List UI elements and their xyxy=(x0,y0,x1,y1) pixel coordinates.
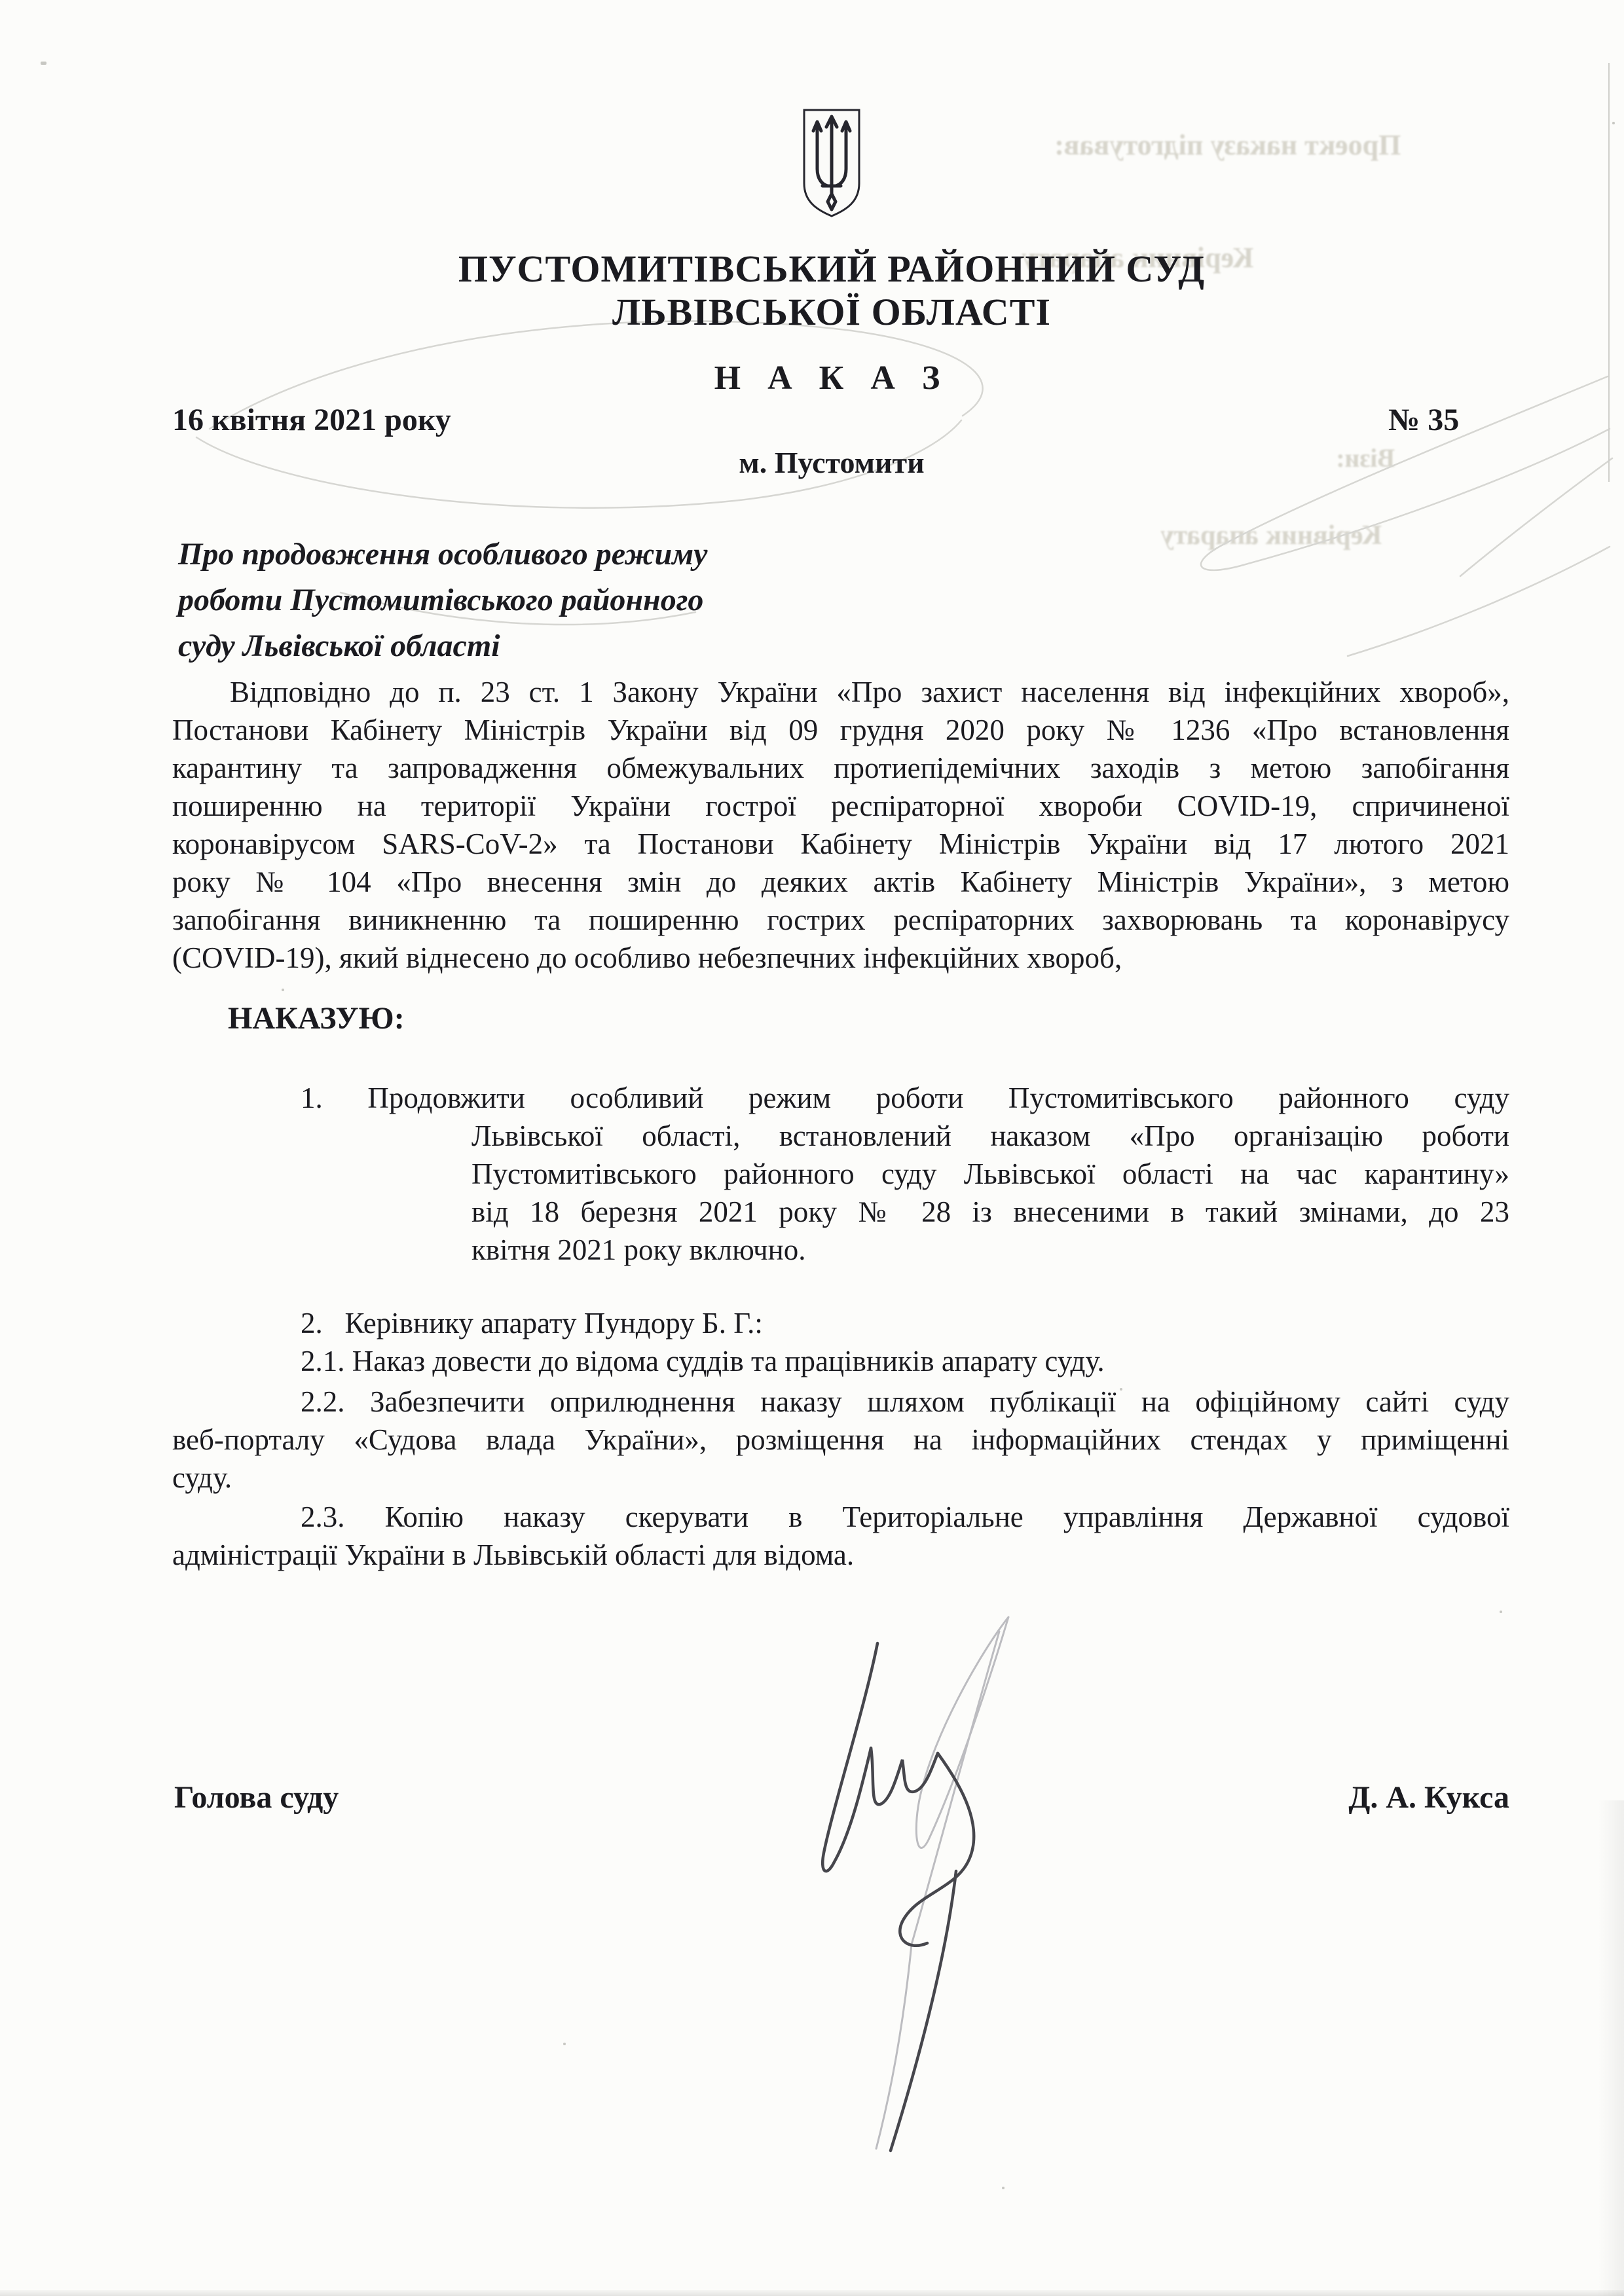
subject-line: Про продовження особливого режиму xyxy=(178,532,997,577)
court-name-line1: ПУСТОМИТІВСЬКИЙ РАЙОННИЙ СУД xyxy=(105,249,1559,289)
scan-speck xyxy=(41,62,46,65)
preamble-line: Постанови Кабінету Міністрів України від… xyxy=(172,711,1509,749)
preamble-paragraph: Відповідно до п. 23 ст. 1 Закону України… xyxy=(172,673,1509,977)
preamble-line: запобігання виникненню та поширенню гост… xyxy=(172,901,1509,939)
scan-corner-shadow xyxy=(1598,1800,1624,2296)
scan-speck xyxy=(1120,1388,1122,1391)
item-line: 2. Керівнику апарату Пундору Б. Г.: xyxy=(172,1304,1509,1342)
court-name-line2: ЛЬВІВСЬКОЇ ОБЛАСТІ xyxy=(105,292,1559,333)
scanned-order-document: Проект наказу підготував: Керівник апара… xyxy=(0,0,1624,2296)
order-item-2-2: 2.2. Забезпечити оприлюднення наказу шля… xyxy=(172,1383,1509,1497)
preamble-line: року № 104 «Про внесення змін до деяких … xyxy=(172,863,1509,901)
order-item-2: 2. Керівнику апарату Пундору Б. Г.: xyxy=(172,1304,1509,1342)
item-line: 2.3. Копію наказу скерувати в Територіал… xyxy=(172,1498,1509,1536)
item-line: Пустомитівського районного суду Львівськ… xyxy=(471,1155,1509,1193)
preamble-line: карантину та запровадження обмежувальних… xyxy=(172,749,1509,787)
ukraine-trident-emblem xyxy=(800,106,863,219)
subject-line: роботи Пустомитівського районного xyxy=(178,577,997,623)
scan-speck xyxy=(282,989,284,991)
item-line: 2.1. Наказ довести до відома суддів та п… xyxy=(172,1342,1509,1380)
item-line: адміністрації України в Львівській облас… xyxy=(172,1536,1509,1574)
item-line: Львівської області, встановлений наказом… xyxy=(471,1117,1509,1155)
signer-position-title: Голова суду xyxy=(174,1779,339,1815)
order-item-1: 1. Продовжити особливий режим роботи Пус… xyxy=(172,1079,1509,1269)
bleed-through-text: Керівник апарату xyxy=(1160,520,1382,551)
resolution-heading: НАКАЗУЮ: xyxy=(228,1000,405,1036)
order-date: 16 квітня 2021 року xyxy=(172,402,451,438)
order-subject: Про продовження особливого режиму роботи… xyxy=(178,532,997,669)
preamble-line: (COVID-19), який віднесено до особливо н… xyxy=(172,939,1509,977)
scan-speck xyxy=(563,2043,566,2045)
scan-speck xyxy=(1500,1611,1502,1613)
item-line: 1. Продовжити особливий режим роботи Пус… xyxy=(172,1079,1509,1117)
order-item-2-1: 2.1. Наказ довести до відома суддів та п… xyxy=(172,1342,1509,1380)
scan-speck xyxy=(1612,122,1615,124)
scan-edge-shadow xyxy=(0,2290,1624,2296)
scan-speck xyxy=(1002,2187,1005,2189)
order-place: м. Пустомити xyxy=(105,445,1559,480)
preamble-line: коронавірусом SARS-CoV-2» та Постанови К… xyxy=(172,825,1509,863)
handwritten-signature xyxy=(616,1591,1074,2180)
order-number: № 35 xyxy=(1388,402,1459,438)
subject-line: суду Львівської області xyxy=(178,623,997,669)
item-line: веб-порталу «Судова влада України», розм… xyxy=(172,1421,1509,1459)
item-line: 2.2. Забезпечити оприлюднення наказу шля… xyxy=(172,1383,1509,1421)
preamble-line: поширенню на території України гострої р… xyxy=(172,787,1509,825)
scan-edge-line xyxy=(1608,63,1610,482)
bleed-through-text: Проект наказу підготував: xyxy=(1054,128,1401,162)
preamble-line: Відповідно до п. 23 ст. 1 Закону України… xyxy=(172,673,1509,711)
item-line: від 18 березня 2021 року № 28 із внесени… xyxy=(471,1193,1509,1231)
order-item-2-3: 2.3. Копію наказу скерувати в Територіал… xyxy=(172,1498,1509,1574)
document-type-heading: Н А К А З xyxy=(105,359,1559,397)
item-line: суду. xyxy=(172,1459,1509,1497)
item-line: квітня 2021 року включно. xyxy=(471,1231,1509,1269)
signer-name: Д. А. Кукса xyxy=(1244,1779,1509,1815)
